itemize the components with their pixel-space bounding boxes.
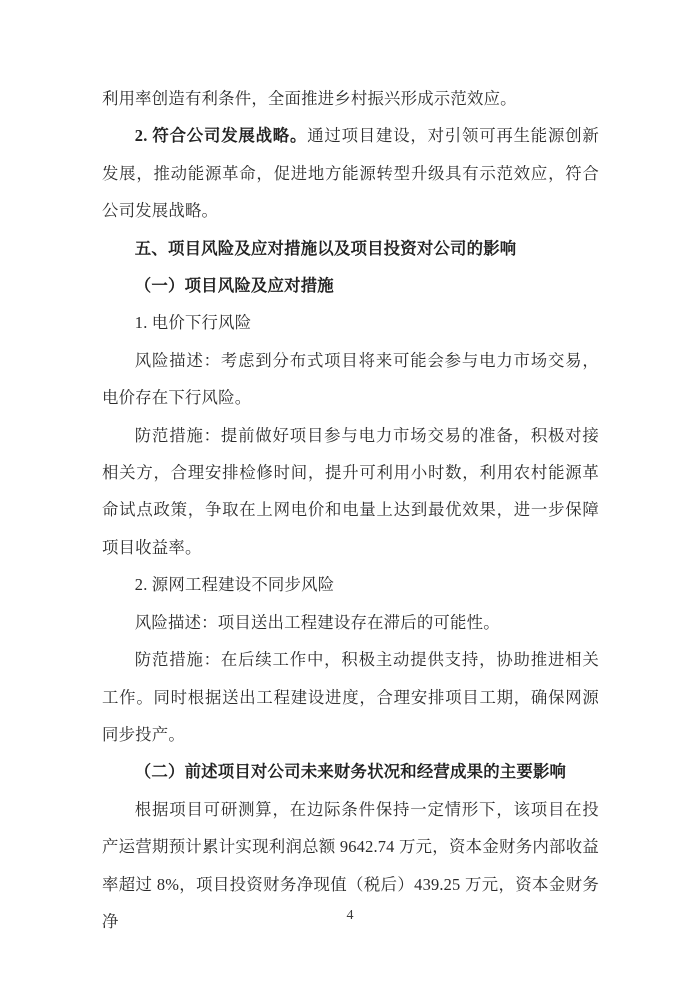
paragraph: 2. 符合公司发展战略。通过项目建设，对引领可再生能源创新发展，推动能源革命，促… — [102, 117, 599, 229]
text-segment: 利用率创造有利条件，全面推进乡村振兴形成示范效应。 — [102, 89, 517, 108]
text-segment: 风险描述：考虑到分布式项目将来可能会参与电力市场交易，电价存在下行风险。 — [102, 351, 599, 407]
paragraph: 风险描述：考虑到分布式项目将来可能会参与电力市场交易，电价存在下行风险。 — [102, 342, 599, 417]
paragraph: 利用率创造有利条件，全面推进乡村振兴形成示范效应。 — [102, 80, 599, 117]
paragraph: 防范措施：提前做好项目参与电力市场交易的准备，积极对接相关方，合理安排检修时间，… — [102, 417, 599, 567]
bold-text-segment: 2. 符合公司发展战略。 — [135, 126, 307, 145]
section-heading: 五、项目风险及应对措施以及项目投资对公司的影响 — [102, 230, 599, 267]
section-heading: （二）前述项目对公司未来财务状况和经营成果的主要影响 — [102, 753, 599, 790]
paragraph: 风险描述：项目送出工程建设存在滞后的可能性。 — [102, 604, 599, 641]
page-number: 4 — [0, 908, 700, 924]
document-page: 利用率创造有利条件，全面推进乡村振兴形成示范效应。2. 符合公司发展战略。通过项… — [0, 0, 700, 990]
section-heading: （一）项目风险及应对措施 — [102, 267, 599, 304]
text-segment: 2. 源网工程建设不同步风险 — [135, 575, 335, 594]
text-segment: 防范措施：提前做好项目参与电力市场交易的准备，积极对接相关方，合理安排检修时间，… — [102, 426, 599, 557]
document-content: 利用率创造有利条件，全面推进乡村振兴形成示范效应。2. 符合公司发展战略。通过项… — [102, 80, 599, 940]
paragraph: 防范措施：在后续工作中，积极主动提供支持，协助推进相关工作。同时根据送出工程建设… — [102, 641, 599, 753]
paragraph: 2. 源网工程建设不同步风险 — [102, 566, 599, 603]
bold-text-segment: （一）项目风险及应对措施 — [135, 276, 334, 295]
text-segment: 防范措施：在后续工作中，积极主动提供支持，协助推进相关工作。同时根据送出工程建设… — [102, 650, 599, 744]
text-segment: 风险描述：项目送出工程建设存在滞后的可能性。 — [135, 613, 500, 632]
text-segment: 1. 电价下行风险 — [135, 313, 252, 332]
paragraph: 1. 电价下行风险 — [102, 304, 599, 341]
bold-text-segment: （二）前述项目对公司未来财务状况和经营成果的主要影响 — [135, 762, 566, 781]
bold-text-segment: 五、项目风险及应对措施以及项目投资对公司的影响 — [135, 239, 517, 258]
